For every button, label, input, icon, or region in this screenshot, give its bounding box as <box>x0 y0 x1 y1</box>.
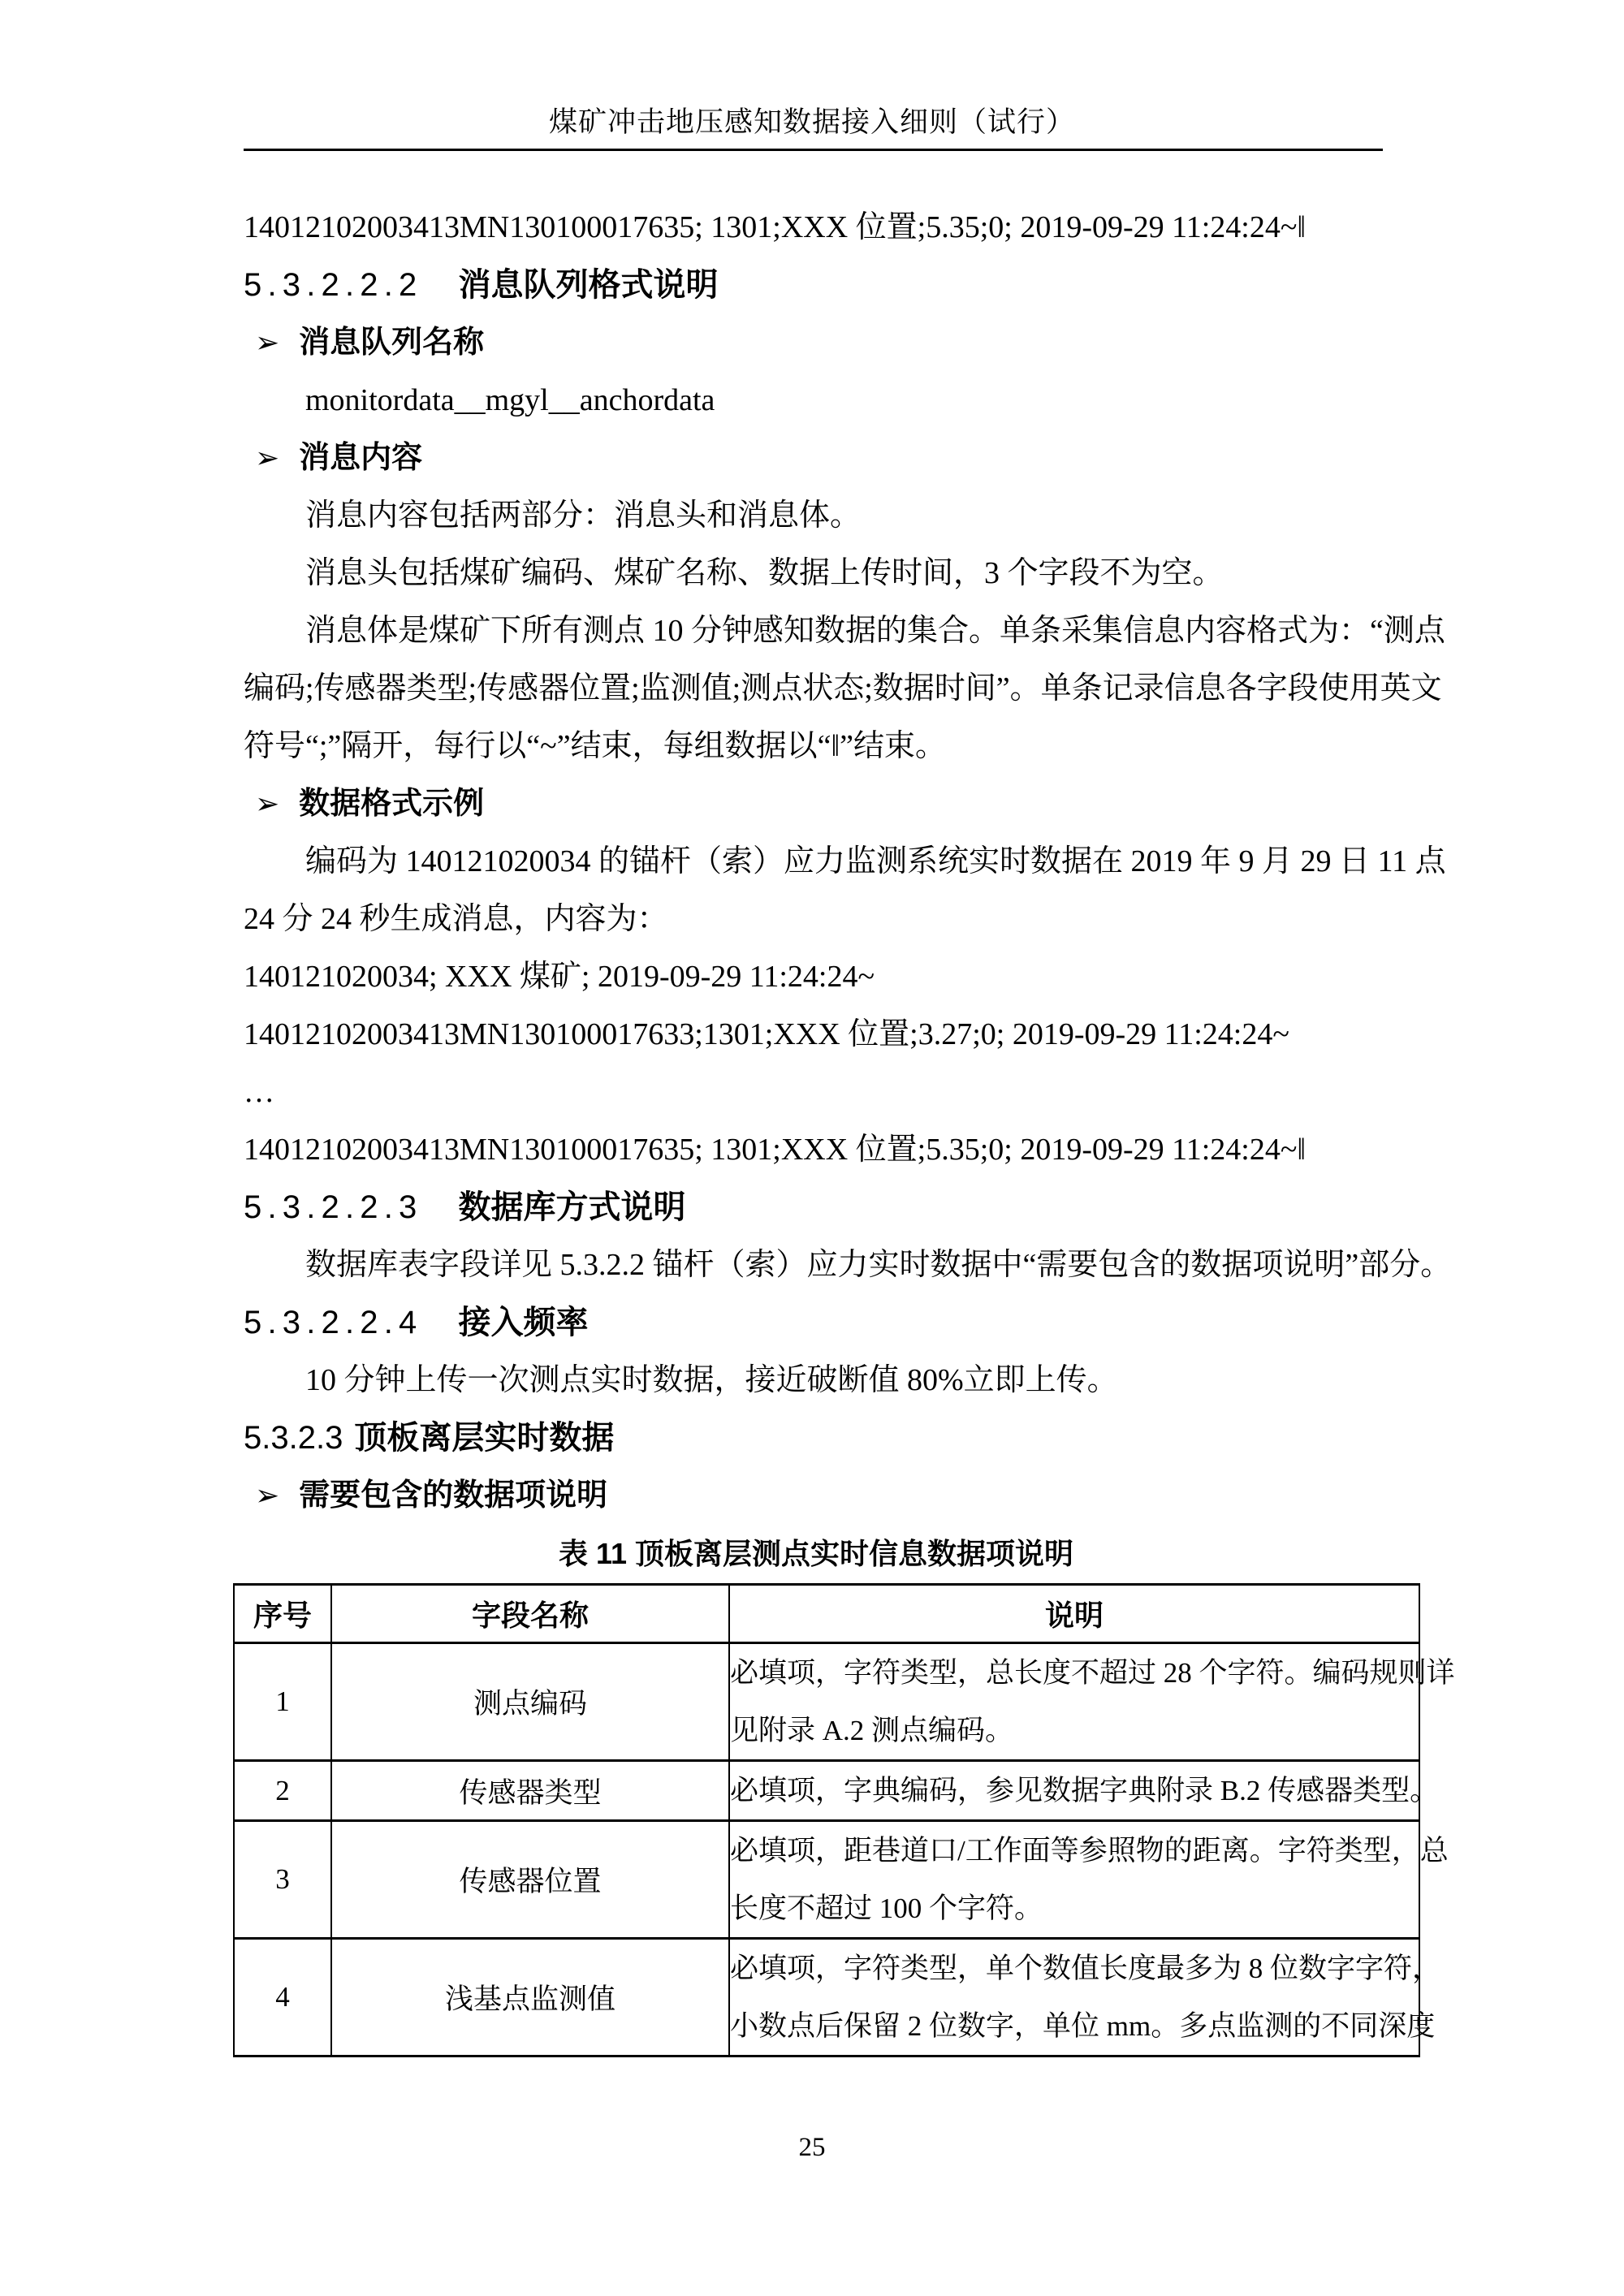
heading-title: 顶板离层实时数据 <box>354 1420 614 1456</box>
row-number-cell: 1 <box>234 1643 331 1761</box>
table-row: 4浅基点监测值必填项，字符类型，单个数值长度最多为 8 位数字字符，小数点后保留… <box>234 1939 1419 2056</box>
heading-title: 接入频率 <box>458 1305 588 1340</box>
description-line: 必填项，距巷道口/工作面等参照物的距离。字符类型，总 <box>730 1822 1419 1880</box>
paragraph-line: 24 分 24 秒生成消息，内容为： <box>244 891 1389 948</box>
arrow-bullet-icon: ➢ <box>255 1479 279 1513</box>
table-row: 2传感器类型必填项，字典编码，参见数据字典附录 B.2 传感器类型。 <box>234 1761 1419 1821</box>
document-page: 煤矿冲击地压感知数据接入细则（试行） 14012102003413MN13010… <box>0 0 1624 2296</box>
bullet-item: ➢需要包含的数据项说明 <box>244 1467 1389 1525</box>
document-body: 14012102003413MN130100017635; 1301;XXX 位… <box>244 199 1389 1582</box>
arrow-bullet-icon: ➢ <box>255 788 279 821</box>
table-row: 3传感器位置必填项，距巷道口/工作面等参照物的距离。字符类型，总长度不超过 10… <box>234 1821 1419 1939</box>
paragraph-line: 编码为 140121020034 的锚杆（索）应力监测系统实时数据在 2019 … <box>244 833 1389 891</box>
heading-number: 5.3.2.2.2 <box>244 267 422 303</box>
description-line: 见附录 A.2 测点编码。 <box>730 1702 1419 1759</box>
bullet-item: ➢消息队列名称 <box>244 314 1389 372</box>
bullet-label: 需要包含的数据项说明 <box>299 1478 607 1513</box>
description-line: 小数点后保留 2 位数字，单位 mm。多点监测的不同深度 <box>730 1997 1419 2055</box>
paragraph-line: 消息头包括煤矿编码、煤矿名称、数据上传时间，3 个字段不为空。 <box>244 545 1389 602</box>
paragraph-line: 符号“;”隔开，每行以“~”结束，每组数据以“‖”结束。 <box>244 718 1389 775</box>
paragraph-line: 编码;传感器类型;传感器位置;监测值;测点状态;数据时间”。单条记录信息各字段使… <box>244 660 1389 718</box>
bullet-item: ➢消息内容 <box>244 429 1389 487</box>
row-number-cell: 4 <box>234 1939 331 2056</box>
data-items-table: 序号字段名称说明 1测点编码必填项，字符类型，总长度不超过 28 个字符。编码规… <box>233 1583 1420 2057</box>
page-number: 25 <box>0 2129 1624 2166</box>
section-heading: 5.3.2.2.3数据库方式说明 <box>244 1179 1389 1236</box>
section-heading: 5.3.2.2.4接入频率 <box>244 1294 1389 1352</box>
description-line: 长度不超过 100 个字符。 <box>730 1880 1419 1937</box>
page-header-title: 煤矿冲击地压感知数据接入细则（试行） <box>0 104 1624 141</box>
section-heading: 5.3.2.3顶板离层实时数据 <box>244 1409 1389 1467</box>
bullet-label: 消息队列名称 <box>299 326 484 360</box>
arrow-bullet-icon: ➢ <box>255 326 279 360</box>
paragraph-line: 数据库表字段详见 5.3.2.2 锚杆（索）应力实时数据中“需要包含的数据项说明… <box>244 1236 1389 1294</box>
column-header: 序号 <box>234 1585 331 1643</box>
field-name-cell: 浅基点监测值 <box>331 1939 729 2056</box>
heading-number: 5.3.2.3 <box>244 1420 343 1456</box>
table-body: 1测点编码必填项，字符类型，总长度不超过 28 个字符。编码规则详见附录 A.2… <box>234 1643 1419 2056</box>
field-name-cell: 测点编码 <box>331 1643 729 1761</box>
row-number-cell: 3 <box>234 1821 331 1939</box>
description-line: 必填项，字符类型，总长度不超过 28 个字符。编码规则详 <box>730 1644 1419 1702</box>
paragraph-line: 消息体是煤矿下所有测点 10 分钟感知数据的集合。单条采集信息内容格式为：“测点 <box>244 602 1389 660</box>
table-header-row: 序号字段名称说明 <box>234 1585 1419 1643</box>
heading-title: 消息队列格式说明 <box>458 267 718 303</box>
heading-number: 5.3.2.2.4 <box>244 1305 422 1340</box>
field-name-cell: 传感器位置 <box>331 1821 729 1939</box>
table-row: 1测点编码必填项，字符类型，总长度不超过 28 个字符。编码规则详见附录 A.2… <box>234 1643 1419 1761</box>
paragraph-line: 消息内容包括两部分：消息头和消息体。 <box>244 487 1389 545</box>
description-cell: 必填项，距巷道口/工作面等参照物的距离。字符类型，总长度不超过 100 个字符。 <box>729 1821 1419 1939</box>
description-line: 必填项，字符类型，单个数值长度最多为 8 位数字字符， <box>730 1940 1419 1997</box>
field-name-cell: 传感器类型 <box>331 1761 729 1821</box>
description-cell: 必填项，字符类型，总长度不超过 28 个字符。编码规则详见附录 A.2 测点编码… <box>729 1643 1419 1761</box>
data-example-line: 14012102003413MN130100017633;1301;XXX 位置… <box>244 1006 1389 1064</box>
column-header: 字段名称 <box>331 1585 729 1643</box>
data-example-line: … <box>244 1064 1389 1121</box>
header-rule <box>244 149 1383 151</box>
data-example-line: 140121020034; XXX 煤矿; 2019-09-29 11:24:2… <box>244 948 1389 1006</box>
heading-title: 数据库方式说明 <box>458 1189 685 1225</box>
heading-number: 5.3.2.2.3 <box>244 1189 422 1225</box>
body-lines: 14012102003413MN130100017635; 1301;XXX 位… <box>244 199 1389 1525</box>
column-header: 说明 <box>729 1585 1419 1643</box>
description-line: 必填项，字典编码，参见数据字典附录 B.2 传感器类型。 <box>730 1762 1419 1819</box>
section-heading: 5.3.2.2.2消息队列格式说明 <box>244 257 1389 314</box>
data-example-line: 14012102003413MN130100017635; 1301;XXX 位… <box>244 199 1389 257</box>
row-number-cell: 2 <box>234 1761 331 1821</box>
description-cell: 必填项，字符类型，单个数值长度最多为 8 位数字字符，小数点后保留 2 位数字，… <box>729 1939 1419 2056</box>
paragraph-line: monitordata__mgyl__anchordata <box>244 372 1389 429</box>
description-cell: 必填项，字典编码，参见数据字典附录 B.2 传感器类型。 <box>729 1761 1419 1821</box>
bullet-item: ➢数据格式示例 <box>244 775 1389 833</box>
data-example-line: 14012102003413MN130100017635; 1301;XXX 位… <box>244 1121 1389 1179</box>
bullet-label: 数据格式示例 <box>299 787 484 821</box>
bullet-label: 消息内容 <box>299 441 422 475</box>
arrow-bullet-icon: ➢ <box>255 442 279 475</box>
paragraph-line: 10 分钟上传一次测点实时数据，接近破断值 80%立即上传。 <box>244 1352 1389 1409</box>
table-caption: 表 11 顶板离层测点实时信息数据项说明 <box>244 1525 1389 1582</box>
